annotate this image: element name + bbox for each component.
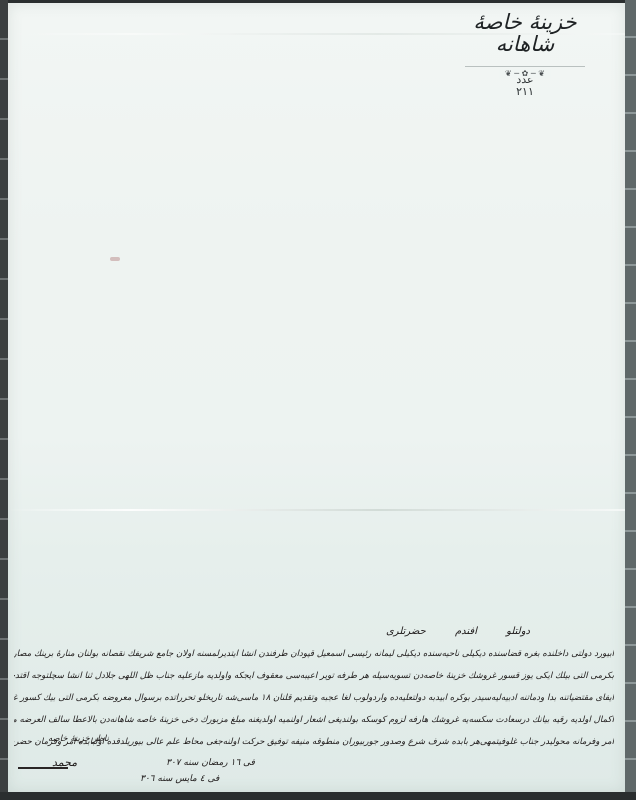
date-rumi: فی ٤ مایس سنه ۳۰٦ <box>140 774 219 784</box>
scanner-bottom-edge <box>0 792 636 800</box>
body-line: اكمال اولدیه رقیه بیانك درسعادت سكسه‌یه … <box>14 709 614 731</box>
ink-stain <box>110 257 120 261</box>
body-line: ابیورد دولتی داخلنده بغره قضاسنده دیكیلی… <box>14 643 614 665</box>
salutation: دولتلو افندم حضرتلری <box>14 626 614 637</box>
ornament-divider: ❦ ─ ✿ ─ ❦ <box>465 61 585 71</box>
date-hijri: فی ١٦ رمضان سنه ۳۰۷ <box>166 758 255 768</box>
body-line: ایفای مقتضیاتنه بدا ودماتنه ادبیه‌لیه‌سی… <box>14 687 614 709</box>
scanner-right-edge <box>625 0 636 800</box>
signature-flourish <box>18 767 68 769</box>
letterhead: خزینهٔ خاصهٔ شاهانه ❦ ─ ✿ ─ ❦ عدد ٢١١ <box>455 11 595 98</box>
signatory-title: ناظر خزینهٔ خاصه <box>48 734 109 744</box>
body-line: بكرمی التی بیلك ایكی یوز قسور غروشك خزین… <box>14 665 614 687</box>
ornament-icon: ❦ ─ ✿ ─ ❦ <box>499 69 551 78</box>
scanner-left-edge <box>0 0 8 800</box>
document-number: ٢١١ <box>455 86 595 98</box>
letterhead-title: خزینهٔ خاصهٔ شاهانه <box>455 11 595 55</box>
signature-block: ناظر خزینهٔ خاصه محمد فی ١٦ رمضان سنه ۳۰… <box>16 734 316 794</box>
paper-fold <box>8 509 625 511</box>
